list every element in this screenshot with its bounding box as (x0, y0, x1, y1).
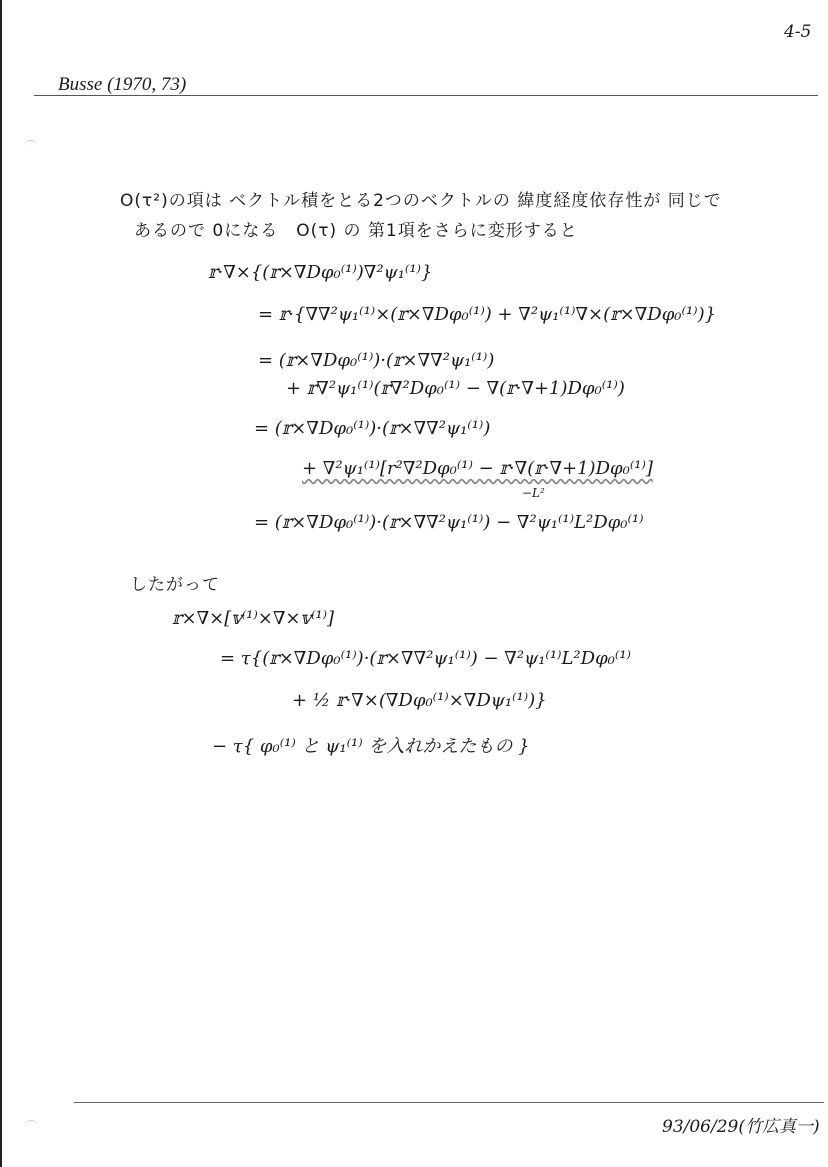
equation-line: + ∇²ψ₁⁽¹⁾[r²∇²Dφ₀⁽¹⁾ − 𝕣·∇(𝕣·∇+1)Dφ₀⁽¹⁾] (302, 458, 653, 479)
footer-date-author: 93/06/29(竹広真一) (662, 1112, 820, 1137)
equation-line: = τ{(𝕣×∇Dφ₀⁽¹⁾)·(𝕣×∇∇²ψ₁⁽¹⁾) − ∇²ψ₁⁽¹⁾L²… (220, 648, 631, 669)
equation-line: = 𝕣·{∇∇²ψ₁⁽¹⁾×(𝕣×∇Dφ₀⁽¹⁾) + ∇²ψ₁⁽¹⁾∇×(𝕣×… (258, 304, 716, 325)
equation-line: = (𝕣×∇Dφ₀⁽¹⁾)·(𝕣×∇∇²ψ₁⁽¹⁾) (254, 418, 490, 439)
equation-line: − τ{ φ₀⁽¹⁾ と ψ₁⁽¹⁾ を入れかえたもの } (212, 732, 530, 758)
equation-line: + 𝕣∇²ψ₁⁽¹⁾(𝕣∇²Dφ₀⁽¹⁾ − ∇(𝕣·∇+1)Dφ₀⁽¹⁾) (286, 378, 625, 399)
intro-line: O(τ²)の項は ベクトル積をとる2つのベクトルの 緯度経度依存性が 同じで (120, 186, 722, 211)
section-title: Busse (1970, 73) (58, 74, 186, 96)
punch-hole-mark (24, 140, 38, 153)
equation-line: 𝕣×∇×[𝕧⁽¹⁾×∇×𝕧⁽¹⁾] (172, 608, 334, 629)
equation-line: + ½ 𝕣·∇×(∇Dφ₀⁽¹⁾×∇Dψ₁⁽¹⁾)} (292, 690, 547, 711)
equation-line: = (𝕣×∇Dφ₀⁽¹⁾)·(𝕣×∇∇²ψ₁⁽¹⁾) (258, 350, 494, 371)
note-page: 4-5 Busse (1970, 73) O(τ²)の項は ベクトル積をとる2つ… (0, 0, 828, 1167)
header-rule (34, 95, 818, 96)
conclusion-label: したがって (130, 570, 220, 595)
equation-line: = (𝕣×∇Dφ₀⁽¹⁾)·(𝕣×∇∇²ψ₁⁽¹⁾) − ∇²ψ₁⁽¹⁾L²Dφ… (254, 512, 644, 533)
page-number: 4-5 (784, 22, 811, 42)
annotation-L2: −L² (522, 486, 545, 500)
equation-line: 𝕣·∇×{(𝕣×∇Dφ₀⁽¹⁾)∇²ψ₁⁽¹⁾} (208, 262, 432, 283)
punch-hole-mark (24, 1120, 38, 1133)
footer-rule (74, 1102, 824, 1103)
intro-line: あるので 0になる O(τ) の 第1項をさらに変形すると (134, 216, 578, 241)
